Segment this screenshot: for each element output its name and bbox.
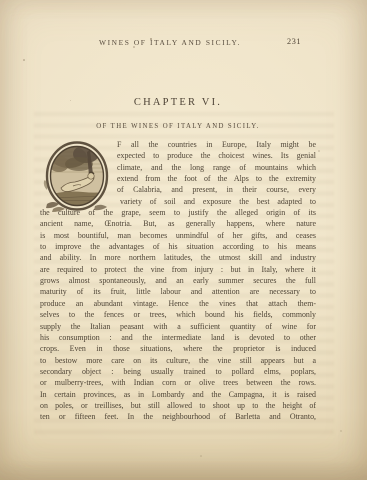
text-line: expected to produce the choicest wines. … bbox=[117, 150, 316, 161]
text-line: ten or fifteen feet. In the neighbourhoo… bbox=[40, 411, 316, 422]
text-line: maturity of its fruit, little labour and… bbox=[40, 286, 316, 297]
text-line: crops. Even in those situations, where t… bbox=[40, 343, 316, 354]
text-line: climate, and the long range of mountains… bbox=[117, 162, 316, 173]
chapter-heading: CHAPTER VI. bbox=[40, 97, 316, 108]
paper-speck bbox=[200, 455, 202, 457]
paper-speck bbox=[318, 150, 320, 152]
page-number: 231 bbox=[287, 37, 301, 46]
text-line: variety of soil and exposure the best ad… bbox=[120, 196, 316, 207]
text-line: the culture of the grape, seem to justif… bbox=[40, 207, 316, 218]
text-line: grows almost spontaneously, and an early… bbox=[40, 275, 316, 286]
text-line: produce an abundant vintage. Hence the v… bbox=[40, 298, 316, 309]
text-line: and ability. In more northern latitudes,… bbox=[40, 252, 316, 263]
text-line: his consumption : and the intermediate l… bbox=[40, 332, 316, 343]
text-line: or mulberry-trees, with Indian corn or o… bbox=[40, 377, 316, 388]
text-line: ancient name, Œnotria. But, as generally… bbox=[40, 218, 316, 229]
text-line: extend from the foot of the Alps to the … bbox=[117, 173, 316, 184]
text-line: on poles, or treillises, but still allow… bbox=[40, 400, 316, 411]
book-page: WINES OF ITALY AND SICILY. 231 CHAPTER V… bbox=[0, 0, 367, 480]
paper-speck bbox=[23, 59, 25, 61]
paper-speck bbox=[340, 430, 342, 432]
running-head-title: WINES OF ITALY AND SICILY. bbox=[40, 38, 300, 47]
text-line: selves to the fences or trees, which bou… bbox=[40, 309, 316, 320]
chapter-subheading: OF THE WINES OF ITALY AND SICILY. bbox=[40, 123, 316, 130]
text-line: of Calabria, and present, in their cours… bbox=[117, 184, 316, 195]
text-line: F all the countries in Europe, Italy mig… bbox=[117, 139, 316, 150]
body-text: F all the countries in Europe, Italy mig… bbox=[40, 139, 316, 423]
text-line: In certain provinces, as in Lombardy and… bbox=[40, 389, 316, 400]
text-line: are required to protect the vine from in… bbox=[40, 264, 316, 275]
text-line: is most bountiful, man becomes unmindful… bbox=[40, 230, 316, 241]
text-line: to improve the advantages of his situati… bbox=[40, 241, 316, 252]
text-line: secondary object : being usually trained… bbox=[40, 366, 316, 377]
text-line: to bestow more care on its culture, the … bbox=[40, 355, 316, 366]
text-line: supply the Italian peasant with a suffic… bbox=[40, 321, 316, 332]
